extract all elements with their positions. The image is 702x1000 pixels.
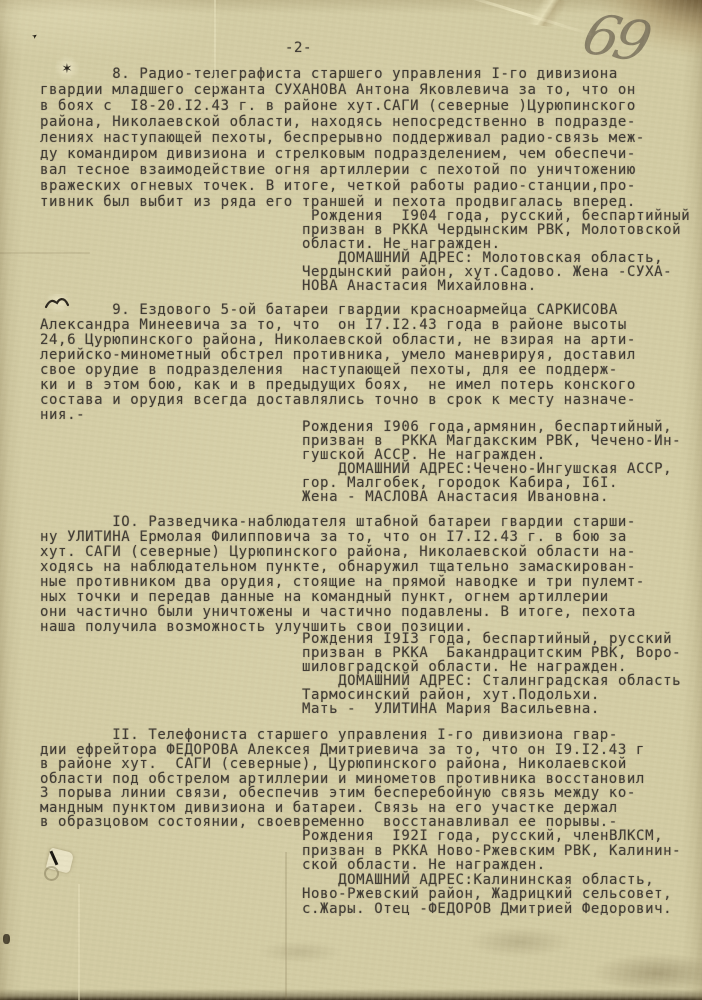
torn-hole-shadow [50,850,59,865]
pressure-ring-mark [44,866,59,881]
edge-ink-speck [3,934,10,944]
left-crease [0,252,90,254]
ink-arrow-mark: ➤ [31,31,41,42]
corner-fold-highlight [498,0,591,32]
entry-10-citation: IO. Разведчика-наблюдателя штабной батар… [40,515,680,635]
top-crease [214,0,216,92]
entry-11-citation: II. Телефониста старшего управления I-го… [40,728,680,830]
entry-8-citation: 8. Радио-телеграфиста старшего управлени… [40,66,680,210]
entry-11-personal-details: Рождения I92I года, русский, членВЛКСМ, … [302,829,698,916]
paper-tear-icon [44,294,70,312]
entry-9-citation: 9. Ездового 5-ой батареи гвардии красноа… [40,303,680,423]
page-number: -2- [285,40,312,56]
entry-9-personal-details: Рождения I906 года,армянин, беспартийный… [302,420,698,504]
vertical-crease [285,852,287,1000]
staple-tear-icon: ✶ [54,56,80,80]
scanned-document-page: -2- 69 8. Радио-телеграфиста старшего уп… [0,0,702,1000]
bottom-crease [78,884,80,1000]
entry-10-personal-details: Рождения I9I3 года, беспартийный, русски… [302,632,698,716]
entry-8-personal-details: Рождения I904 года, русский, беспартийны… [302,209,698,293]
